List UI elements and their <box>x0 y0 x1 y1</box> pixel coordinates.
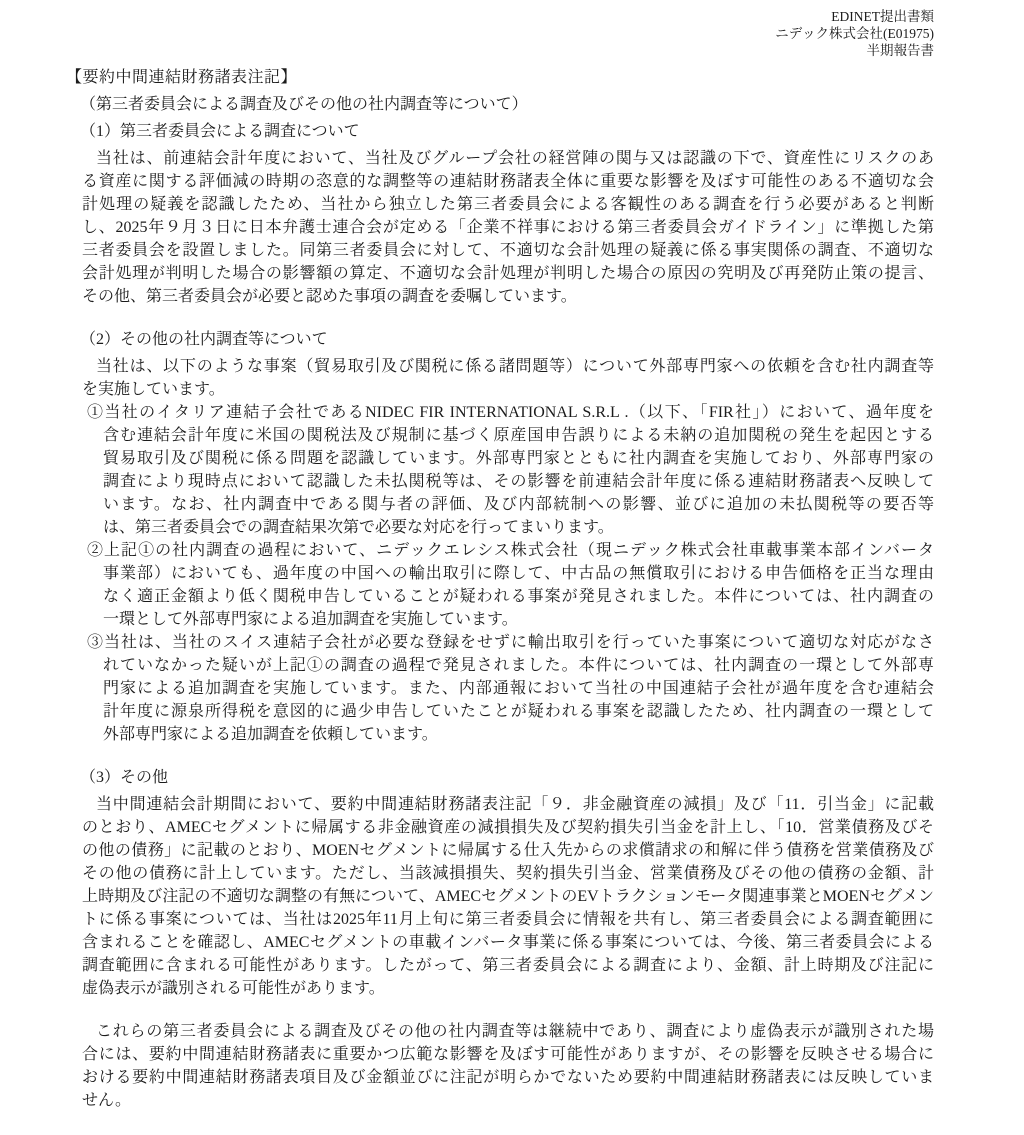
text-line: います。なお、社内調査中である関与者の評価、及び内部統制への影響、並びに追加の未… <box>103 493 934 516</box>
text-line: 門家による追加調査を実施しています。また、内部通報において当社の中国連結子会社が… <box>103 677 934 700</box>
text-line: 事業部）においても、過年度の中国への輸出取引に際して、中古品の無償取引における申… <box>103 562 934 585</box>
text-line: なく適正金額より低く関税申告していることが疑われる事案が発見されました。本件につ… <box>103 585 934 608</box>
paragraph: 当社は、以下のような事案（貿易取引及び関税に係る諸問題等）について外部専門家への… <box>66 355 934 401</box>
text-line: 調査により現時点において認識した未払関税等は、その影響を前連結会計年度に係る連結… <box>103 470 934 493</box>
text-line: その他、第三者委員会が必要と認めた事項の調査を委嘱しています。 <box>82 285 934 308</box>
text-line: おける要約中間連結財務諸表項目及び金額並びに注記が明らかでないため要約中間連結財… <box>82 1066 934 1089</box>
text-line: る資産に関する評価減の時期の恣意的な調整等の連結財務諸表全体に重要な影響を及ぼす… <box>82 170 934 193</box>
text-line: 貿易取引及び関税に係る問題を認識しています。外部専門家とともに社内調査を実施して… <box>103 447 934 470</box>
note-subtitle: （第三者委員会による調査及びその他の社内調査等について） <box>80 93 934 116</box>
text-line: 一環として外部専門家による追加調査を実施しています。 <box>103 608 934 631</box>
text-line: の他の債務」に記載のとおり、MOENセグメントに帰属する仕入先からの求償請求の和… <box>82 839 934 862</box>
text-line: せん。 <box>82 1089 934 1112</box>
text-line: 当中間連結会計期間において、要約中間連結財務諸表注記「９．非金融資産の減損」及び… <box>96 793 934 816</box>
section-heading: （2）その他の社内調査等について <box>80 328 934 351</box>
document-page: EDINET提出書類 ニデック株式会社(E01975) 半期報告書 【要約中間連… <box>0 0 1024 1135</box>
section-heading: （3）その他 <box>80 766 934 789</box>
paragraph-spacer <box>66 1000 934 1020</box>
text-line: のとおり、AMECセグメントに帰属する非金融資産の減損損失及び契約損失引当金を計… <box>82 816 934 839</box>
note-body: （1）第三者委員会による調査について当社は、前連結会計年度において、当社及びグル… <box>66 120 934 1112</box>
list-item: ③当社は、当社のスイス連結子会社が必要な登録をせずに輸出取引を行っていた事案につ… <box>66 631 934 746</box>
note-title: 【要約中間連結財務諸表注記】 <box>66 66 934 89</box>
text-line: 外部専門家による追加調査を依頼しています。 <box>103 723 934 746</box>
text-line: 調査範囲に含まれる可能性があります。したがって、第三者委員会による調査により、金… <box>82 954 934 977</box>
text-line: 計処理の疑義を認識したため、当社から独立した第三者委員会による客観性のある調査を… <box>82 193 934 216</box>
text-line: ③当社は、当社のスイス連結子会社が必要な登録をせずに輸出取引を行っていた事案につ… <box>87 631 934 654</box>
text-line: ①当社のイタリア連結子会社であるNIDEC FIR INTERNATIONAL … <box>87 401 934 424</box>
list-item: ①当社のイタリア連結子会社であるNIDEC FIR INTERNATIONAL … <box>66 401 934 539</box>
section-heading: （1）第三者委員会による調査について <box>80 120 934 143</box>
text-line: 含む連結会計年度に米国の関税法及び規制に基づく原産国申告誤りによる未納の追加関税… <box>103 424 934 447</box>
document-header: EDINET提出書類 ニデック株式会社(E01975) 半期報告書 <box>66 8 934 59</box>
text-line: トに係る事案については、当社は2025年11月上旬に第三者委員会に情報を共有し、… <box>82 908 934 931</box>
text-line: 当社は、以下のような事案（貿易取引及び関税に係る諸問題等）について外部専門家への… <box>96 355 934 378</box>
text-line: れていなかった疑いが上記①の調査の過程で発見されました。本件については、社内調査… <box>103 654 934 677</box>
text-line: これらの第三者委員会による調査及びその他の社内調査等は継続中であり、調査により虚… <box>96 1020 934 1043</box>
text-line: 当社は、前連結会計年度において、当社及びグループ会社の経営陣の関与又は認識の下で… <box>96 147 934 170</box>
paragraph-spacer <box>66 308 934 328</box>
list-item: ②上記①の社内調査の過程において、ニデックエレシス株式会社（現ニデック株式会社車… <box>66 539 934 631</box>
header-line-company: ニデック株式会社(E01975) <box>66 25 934 42</box>
paragraph: 当社は、前連結会計年度において、当社及びグループ会社の経営陣の関与又は認識の下で… <box>66 147 934 308</box>
header-line-edinet: EDINET提出書類 <box>66 8 934 25</box>
text-line: 合には、要約中間連結財務諸表に重要かつ広範な影響を及ぼす可能性がありますが、その… <box>82 1043 934 1066</box>
text-line: 計年度に源泉所得税を意図的に過少申告していたことが疑われる事案を認識したため、社… <box>103 700 934 723</box>
text-line: 虚偽表示が識別される可能性があります。 <box>82 977 934 1000</box>
text-line: 含まれることを確認し、AMECセグメントの車載インバータ事業に係る事案については… <box>82 931 934 954</box>
text-line: 上時期及び注記の不適切な調整の有無について、AMECセグメントのEVトラクション… <box>82 885 934 908</box>
text-line: ②上記①の社内調査の過程において、ニデックエレシス株式会社（現ニデック株式会社車… <box>87 539 934 562</box>
text-line: 会計処理が判明した場合の影響額の算定、不適切な会計処理が判明した場合の原因の究明… <box>82 262 934 285</box>
text-line: し、2025年９月３日に日本弁護士連合会が定める「企業不祥事における第三者委員会… <box>82 216 934 239</box>
text-line: を実施しています。 <box>82 378 934 401</box>
text-line: その他の債務に計上しています。ただし、当該減損損失、契約損失引当金、営業債務及び… <box>82 862 934 885</box>
text-line: 三者委員会を設置しました。同第三者委員会に対して、不適切な会計処理の疑義に係る事… <box>82 239 934 262</box>
text-line: は、第三者委員会での調査結果次第で必要な対応を行ってまいります。 <box>103 516 934 539</box>
paragraph-spacer <box>66 746 934 766</box>
paragraph: これらの第三者委員会による調査及びその他の社内調査等は継続中であり、調査により虚… <box>66 1020 934 1112</box>
header-line-report-type: 半期報告書 <box>66 42 934 59</box>
paragraph: 当中間連結会計期間において、要約中間連結財務諸表注記「９．非金融資産の減損」及び… <box>66 793 934 1000</box>
